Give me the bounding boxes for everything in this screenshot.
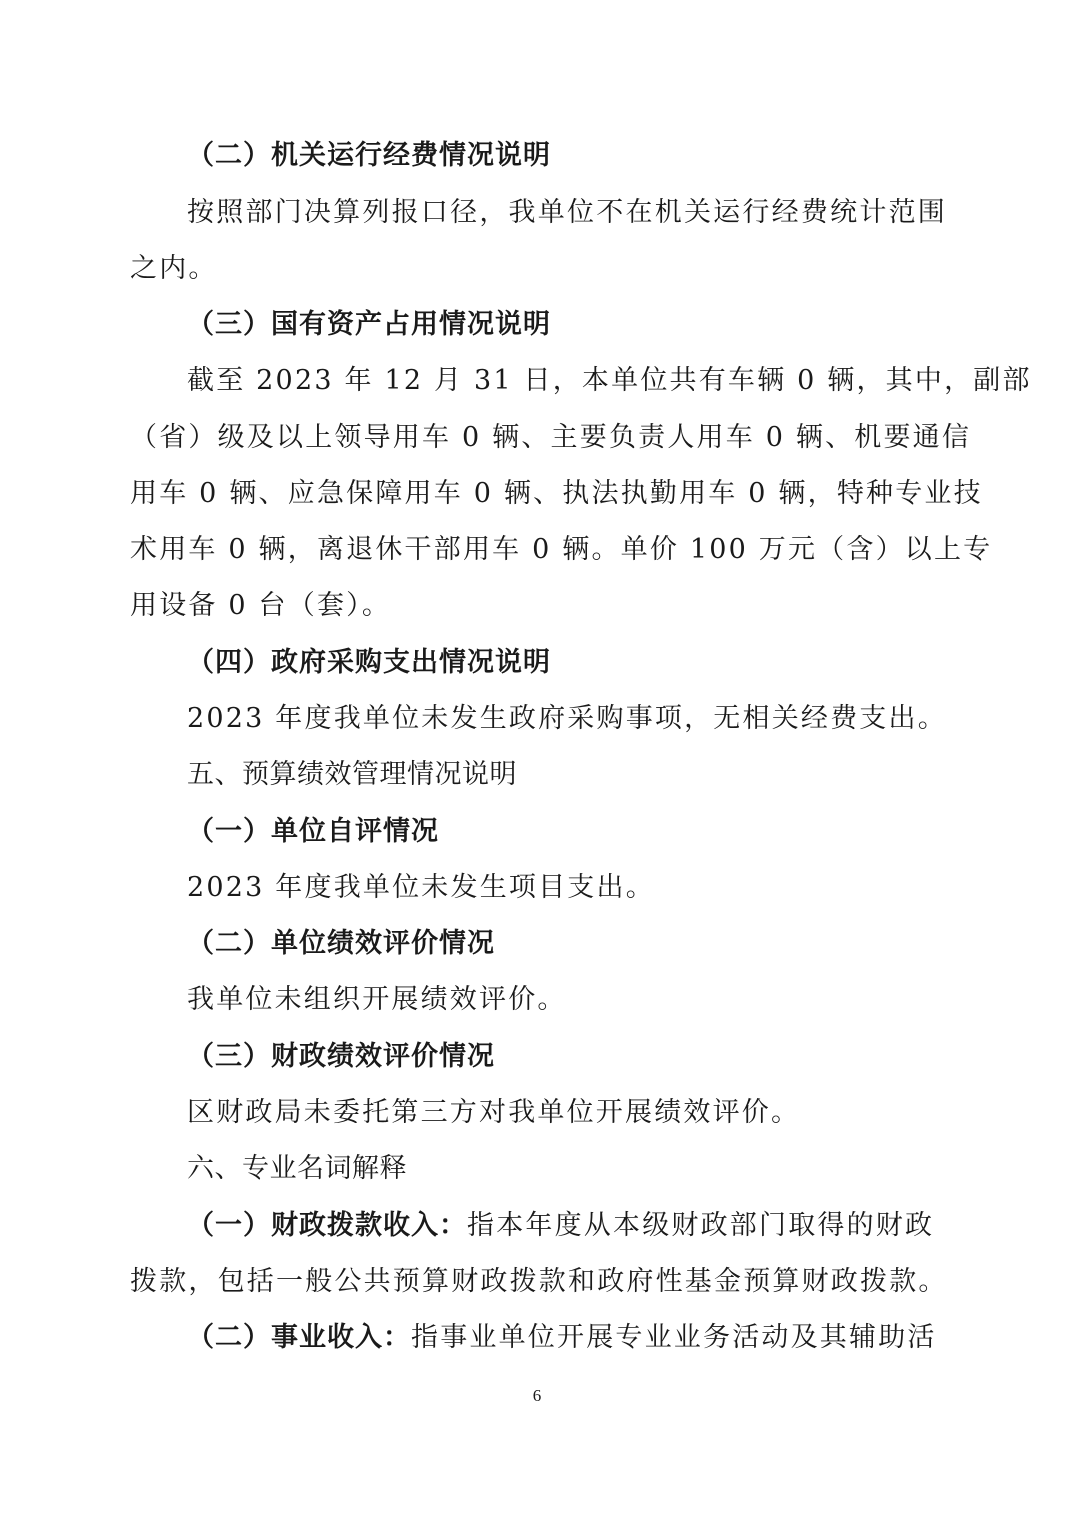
glossary-entry-fiscal-appropriation: （一）财政拨款收入：指本年度从本级财政部门取得的财政 bbox=[187, 1208, 947, 1244]
paragraph-line: 之内。 bbox=[130, 251, 946, 287]
paragraph-line: 区财政局未委托第三方对我单位开展绩效评价。 bbox=[187, 1095, 947, 1131]
paragraph-line: 我单位未组织开展绩效评价。 bbox=[187, 982, 947, 1018]
paragraph-line: 拨款，包括一般公共预算财政拨款和政府性基金预算财政拨款。 bbox=[130, 1264, 946, 1300]
glossary-term: （二）事业收入： bbox=[187, 1322, 411, 1353]
subsection-heading-admin-expenses: （二）机关运行经费情况说明 bbox=[187, 138, 947, 174]
glossary-definition: 指事业单位开展专业业务活动及其辅助活 bbox=[411, 1322, 937, 1353]
subsection-heading-unit-evaluation: （二）单位绩效评价情况 bbox=[187, 926, 947, 962]
page-number: 6 bbox=[0, 1386, 1074, 1406]
glossary-definition: 指本年度从本级财政部门取得的财政 bbox=[467, 1210, 934, 1241]
paragraph-line: 用设备 0 台（套）。 bbox=[130, 588, 946, 624]
paragraph-line: 术用车 0 辆，离退休干部用车 0 辆。单价 100 万元（含）以上专 bbox=[130, 532, 946, 568]
paragraph-line: 用车 0 辆、应急保障用车 0 辆、执法执勤用车 0 辆，特种专业技 bbox=[130, 476, 946, 512]
paragraph-line: 截至 2023 年 12 月 31 日，本单位共有车辆 0 辆，其中，副部 bbox=[187, 363, 947, 399]
paragraph-line: 按照部门决算列报口径，我单位不在机关运行经费统计范围 bbox=[187, 195, 947, 231]
paragraph-line: （省）级及以上领导用车 0 辆、主要负责人用车 0 辆、机要通信 bbox=[130, 420, 946, 456]
section-heading-glossary: 六、专业名词解释 bbox=[187, 1151, 947, 1187]
subsection-heading-state-assets: （三）国有资产占用情况说明 bbox=[187, 307, 947, 343]
glossary-term: （一）财政拨款收入： bbox=[187, 1210, 467, 1241]
glossary-entry-business-income: （二）事业收入：指事业单位开展专业业务活动及其辅助活 bbox=[187, 1320, 947, 1356]
subsection-heading-self-evaluation: （一）单位自评情况 bbox=[187, 814, 947, 850]
subsection-heading-procurement: （四）政府采购支出情况说明 bbox=[187, 645, 947, 681]
paragraph-line: 2023 年度我单位未发生政府采购事项，无相关经费支出。 bbox=[187, 701, 947, 737]
paragraph-line: 2023 年度我单位未发生项目支出。 bbox=[187, 870, 947, 906]
subsection-heading-fiscal-evaluation: （三）财政绩效评价情况 bbox=[187, 1039, 947, 1075]
section-heading-performance: 五、预算绩效管理情况说明 bbox=[187, 757, 947, 793]
